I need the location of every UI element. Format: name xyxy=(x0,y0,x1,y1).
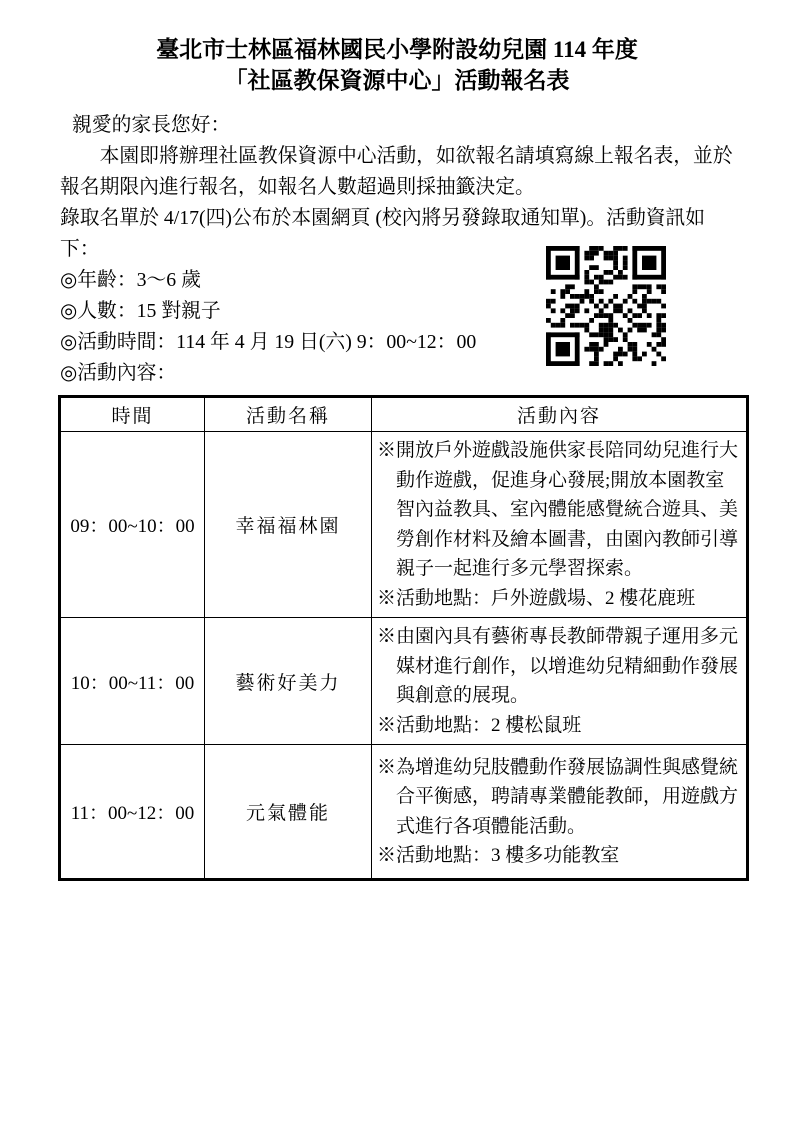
table-row: 09：00~10：00 幸福福林園 ※開放戶外遊戲設施供家長陪同幼兒進行大動作遊… xyxy=(60,432,748,618)
activity-name-cell: 藝術好美力 xyxy=(205,618,372,745)
title-line-2: 「社區教保資源中心」活動報名表 xyxy=(0,65,794,96)
activity-content-cell: ※為增進幼兒肢體動作發展協調性與感覺統合平衡感，聘請專業體能教師，用遊戲方式進行… xyxy=(372,745,748,880)
table-row: 10：00~11：00 藝術好美力 ※由園內具有藝術專長教師帶親子運用多元媒材進… xyxy=(60,618,748,745)
activity-schedule-table: 時間 活動名稱 活動內容 09：00~10：00 幸福福林園 ※開放戶外遊戲設施… xyxy=(58,395,749,881)
content-description: ※由園內具有藝術專長教師帶親子運用多元媒材進行創作，以增進幼兒精細動作發展與創意… xyxy=(377,622,743,711)
content-description: ※開放戶外遊戲設施供家長陪同幼兒進行大動作遊戲，促進身心發展;開放本園教室智內益… xyxy=(377,436,743,584)
time-cell: 09：00~10：00 xyxy=(60,432,205,618)
time-cell: 11：00~12：00 xyxy=(60,745,205,880)
activity-name-cell: 幸福福林園 xyxy=(205,432,372,618)
activity-name-cell: 元氣體能 xyxy=(205,745,372,880)
activity-content-cell: ※開放戶外遊戲設施供家長陪同幼兒進行大動作遊戲，促進身心發展;開放本園教室智內益… xyxy=(372,432,748,618)
content-location: ※活動地點：2 樓松鼠班 xyxy=(377,711,743,741)
activity-content-cell: ※由園內具有藝術專長教師帶親子運用多元媒材進行創作，以增進幼兒精細動作發展與創意… xyxy=(372,618,748,745)
column-header-activity-name: 活動名稱 xyxy=(205,397,372,432)
intro-paragraph-1: 本園即將辦理社區教保資源中心活動，如欲報名請填寫線上報名表，並於報名期限內進行報… xyxy=(60,141,738,203)
title-line-1: 臺北市士林區福林國民小學附設幼兒園 114 年度 xyxy=(0,34,794,65)
content-location: ※活動地點：3 樓多功能教室 xyxy=(377,841,743,871)
column-header-time: 時間 xyxy=(60,397,205,432)
table-header-row: 時間 活動名稱 活動內容 xyxy=(60,397,748,432)
table-row: 11：00~12：00 元氣體能 ※為增進幼兒肢體動作發展協調性與感覺統合平衡感… xyxy=(60,745,748,880)
qr-code-icon xyxy=(546,246,666,366)
column-header-activity-content: 活動內容 xyxy=(372,397,748,432)
content-description: ※為增進幼兒肢體動作發展協調性與感覺統合平衡感，聘請專業體能教師，用遊戲方式進行… xyxy=(377,753,743,842)
time-cell: 10：00~11：00 xyxy=(60,618,205,745)
document-title: 臺北市士林區福林國民小學附設幼兒園 114 年度 「社區教保資源中心」活動報名表 xyxy=(0,0,794,96)
greeting-line: 親愛的家長您好： xyxy=(60,110,738,141)
document-page: 臺北市士林區福林國民小學附設幼兒園 114 年度 「社區教保資源中心」活動報名表… xyxy=(0,0,794,1123)
content-location: ※活動地點：戶外遊戲場、2 樓花鹿班 xyxy=(377,584,743,614)
